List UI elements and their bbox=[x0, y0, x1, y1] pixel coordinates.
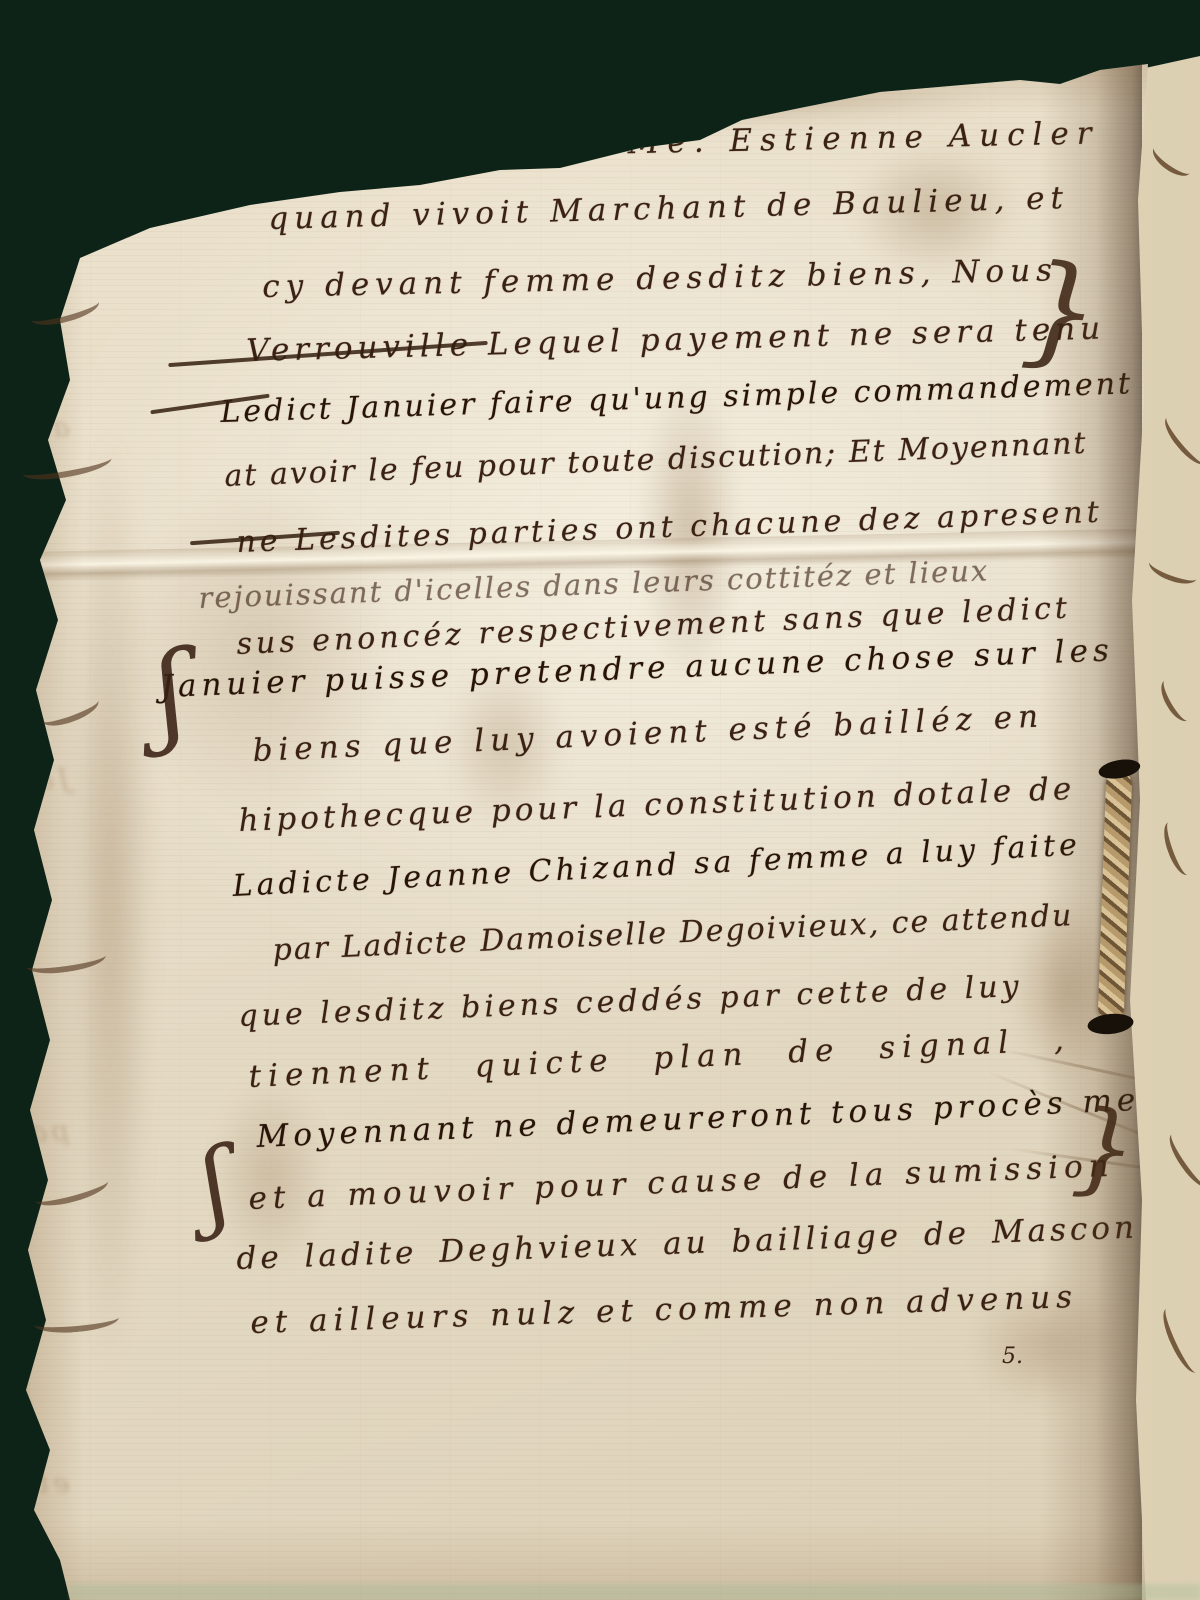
manuscript-line: Moyennant ne demeureront tous procès meu… bbox=[256, 1083, 1187, 1153]
manuscript-line: Ladicte Jeanne Chizand sa femme a luy fa… bbox=[232, 831, 1082, 902]
manuscript-line: Verrouville Lequel payement ne sera tenu bbox=[246, 314, 1106, 367]
manuscript-line: Ledict Januier faire qu'ung simple comma… bbox=[220, 369, 1134, 428]
manuscript-line: de ladite Deghvieux au bailliage de Masc… bbox=[236, 1213, 1138, 1275]
manuscript-line: hipothecque pour la constitution dotale … bbox=[238, 774, 1076, 837]
manuscript-line: la vefue de feu Me. Estienne Aucler bbox=[258, 118, 1100, 167]
bleedthrough-line: Moyennant ne demeureront tous procès meu… bbox=[0, 1370, 31, 1409]
manuscript-line: cy devant femme desditz biens, Nous bbox=[262, 255, 1058, 303]
manuscript-line: tiennent quicte plan de signal , bbox=[248, 1025, 1071, 1093]
bleedthrough-line: at avoir le feu pour toute discution; Et… bbox=[0, 414, 70, 466]
manuscript-line: par Ladicte Damoiselle Degoivieux, ce at… bbox=[272, 901, 1074, 966]
manuscript-line: biens que luy avoient esté bailléz en bbox=[252, 701, 1045, 767]
manuscript-line: que lesditz biens ceddés par cette de lu… bbox=[238, 972, 1023, 1032]
bleedthrough-line: et a mouvoir pour cause de la sumission bbox=[0, 1470, 70, 1517]
manuscript-line: et a mouvoir pour cause de la sumission bbox=[248, 1151, 1115, 1215]
paragraph-end-mark: 5. bbox=[1002, 1344, 1023, 1369]
manuscript-line: et ailleurs nulz et comme non advenus bbox=[250, 1282, 1079, 1339]
bleedthrough-line: par Ladicte Damoiselle Degoivieux, ce at… bbox=[0, 1118, 70, 1168]
manuscript-line: ne Lesdites parties ont chacune dez apre… bbox=[236, 498, 1103, 558]
paper-stain bbox=[330, 70, 590, 180]
manuscript-page: cy devant femme desditz biens, NousVerro… bbox=[0, 0, 1200, 1600]
manuscript-photo: cy devant femme desditz biens, NousVerro… bbox=[0, 0, 1200, 1600]
ink-flourish: ʃ bbox=[192, 1135, 237, 1234]
bleedthrough-line: Januier puisse pretendre aucune chose su… bbox=[0, 766, 70, 815]
manuscript-line: quand vivoit Marchant de Baulieu, et bbox=[268, 183, 1069, 235]
manuscript-line: at avoir le feu pour toute discution; Et… bbox=[224, 429, 1088, 492]
bleedthrough-line: Ladicte Jeanne Chizand sa femme a luy fa… bbox=[0, 1018, 31, 1057]
bleedthrough-line: sus enoncéz respectivement sans que ledi… bbox=[0, 667, 31, 705]
bleedthrough-line: Ledict Januier faire qu'ung simple comma… bbox=[0, 313, 31, 353]
